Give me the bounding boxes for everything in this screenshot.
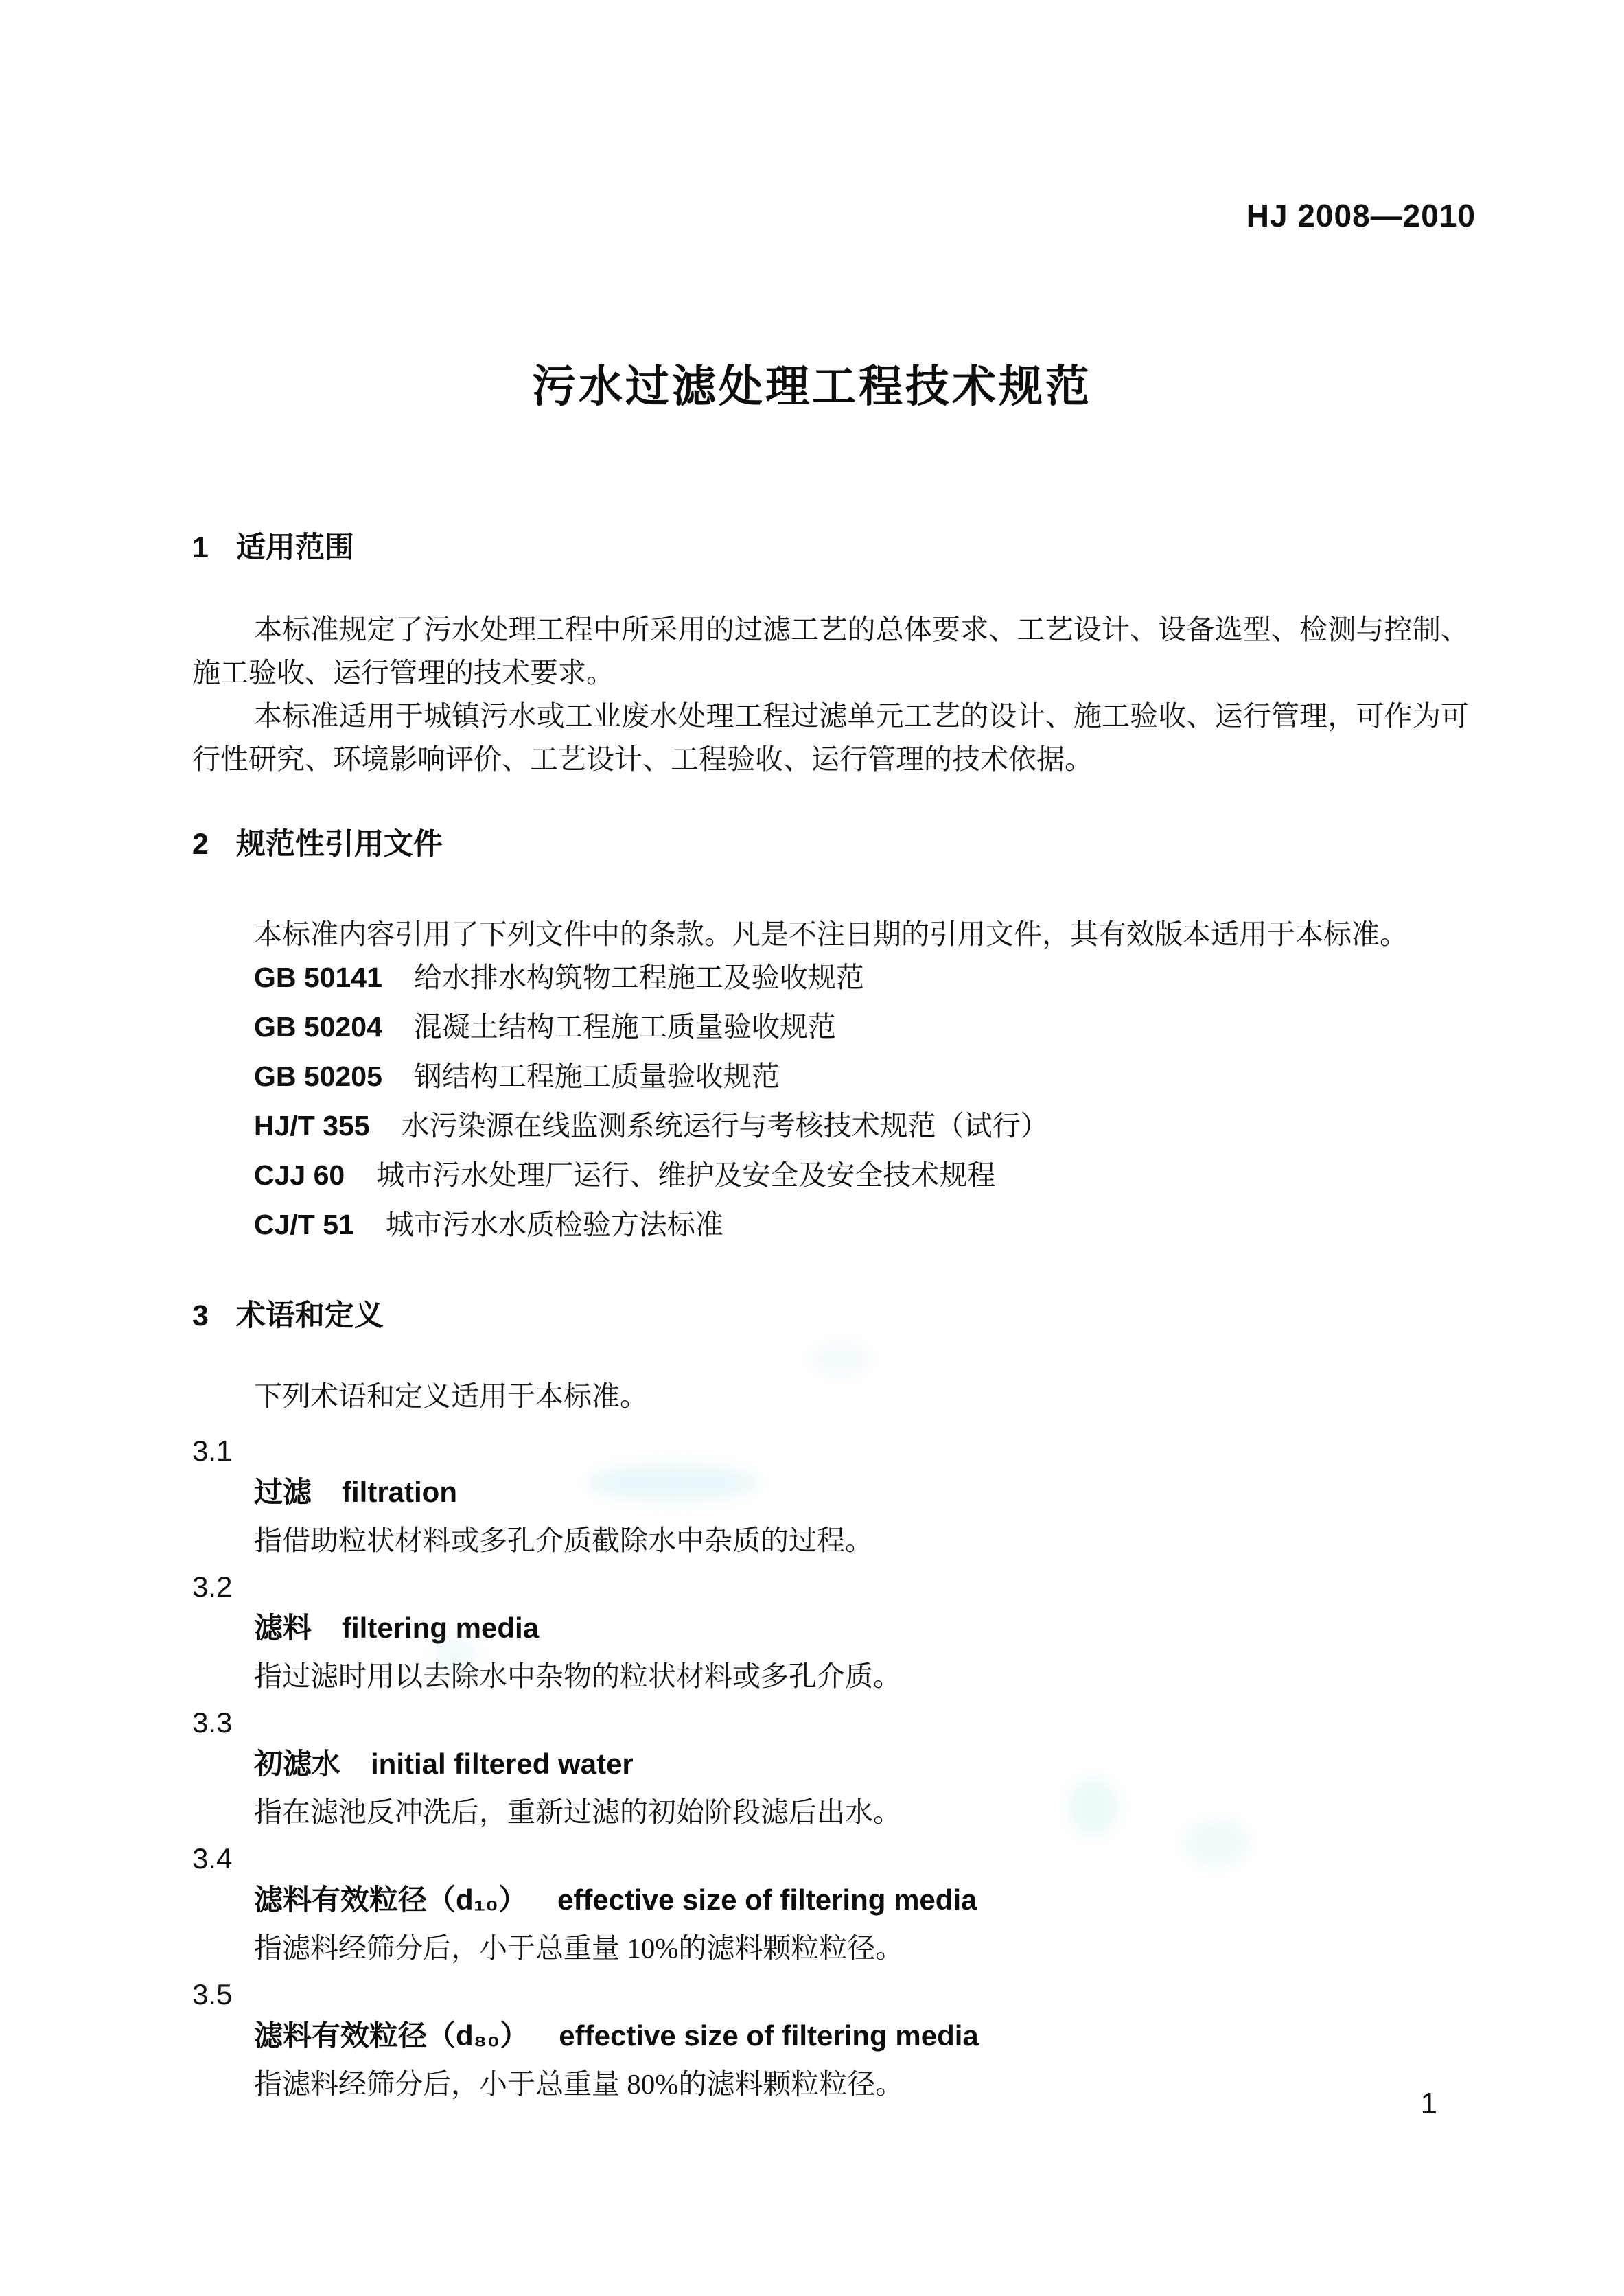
term-en: initial filtered water: [371, 1748, 634, 1780]
section-2-heading: 2规范性引用文件: [192, 825, 1469, 863]
doc-code: HJ 2008—2010: [1246, 197, 1476, 234]
term-zh: 过滤: [254, 1472, 312, 1513]
terms-intro: 下列术语和定义适用于本标准。: [192, 1375, 1469, 1418]
term-zh: 初滤水: [254, 1743, 340, 1785]
section-1-number: 1: [192, 529, 209, 567]
term-block: 3.2 滤料filtering media 指过滤时用以去除水中杂物的粒状材料或…: [192, 1566, 1469, 1697]
term-line: 过滤filtration: [254, 1472, 1469, 1520]
paragraph: 本标准规定了污水处理工程中所采用的过滤工艺的总体要求、工艺设计、设备选型、检测与…: [192, 608, 1469, 695]
document-page: HJ 2008—2010 污水过滤处理工程技术规范 1适用范围 本标准规定了污水…: [0, 0, 1624, 2296]
section-2-number: 2: [192, 825, 209, 863]
reference-item: GB 50204混凝土结构工程施工质量验收规范: [254, 1006, 1469, 1055]
term-block: 3.4 滤料有效粒径（d₁₀）effective size of filteri…: [192, 1838, 1469, 1969]
paragraph: 本标准适用于城镇污水或工业废水处理工程过滤单元工艺的设计、施工验收、运行管理，可…: [192, 695, 1469, 781]
reference-item: GB 50141给水排水构筑物工程施工及验收规范: [254, 956, 1469, 1006]
reference-title: 给水排水构筑物工程施工及验收规范: [414, 962, 864, 993]
reference-item: HJ/T 355水污染源在线监测系统运行与考核技术规范（试行）: [254, 1104, 1469, 1154]
term-en: effective size of filtering media: [557, 1883, 977, 1916]
term-zh: 滤料有效粒径（d₁₀）: [254, 1879, 527, 1921]
reference-item: CJJ 60城市污水处理厂运行、维护及安全及安全技术规程: [254, 1154, 1469, 1203]
term-block: 3.1 过滤filtration 指借助粒状材料或多孔介质截除水中杂质的过程。: [192, 1430, 1469, 1561]
term-definition: 指借助粒状材料或多孔介质截除水中杂质的过程。: [254, 1520, 1469, 1561]
term-en: filtering media: [342, 1612, 539, 1644]
reference-item: GB 50205钢结构工程施工质量验收规范: [254, 1055, 1469, 1104]
term-zh: 滤料有效粒径（d₈₀）: [254, 2015, 529, 2056]
terms-list: 3.1 过滤filtration 指借助粒状材料或多孔介质截除水中杂质的过程。 …: [192, 1430, 1469, 2104]
reference-title: 水污染源在线监测系统运行与考核技术规范（试行）: [402, 1110, 1049, 1141]
term-number: 3.5: [192, 1974, 1469, 2015]
section-3-heading: 3术语和定义: [192, 1297, 1469, 1335]
reference-item: CJ/T 51城市污水水质检验方法标准: [254, 1203, 1469, 1253]
term-line: 滤料有效粒径（d₈₀）effective size of filtering m…: [254, 2015, 1469, 2063]
term-en: effective size of filtering media: [559, 2019, 979, 2052]
reference-code: GB 50204: [254, 1006, 382, 1048]
term-definition: 指在滤池反冲洗后，重新过滤的初始阶段滤后出水。: [254, 1791, 1469, 1833]
reference-title: 城市污水处理厂运行、维护及安全及安全技术规程: [376, 1159, 995, 1191]
reference-title: 钢结构工程施工质量验收规范: [414, 1060, 780, 1092]
page-number: 1: [1421, 2087, 1437, 2121]
reference-code: GB 50205: [254, 1055, 382, 1098]
section-1-title: 适用范围: [236, 531, 354, 564]
term-number: 3.2: [192, 1566, 1469, 1608]
section-3-title: 术语和定义: [236, 1299, 384, 1332]
reference-code: HJ/T 355: [254, 1104, 370, 1147]
reference-code: CJ/T 51: [254, 1203, 354, 1246]
term-number: 3.3: [192, 1702, 1469, 1743]
term-definition: 指滤料经筛分后，小于总重量 80%的滤料颗粒粒径。: [254, 2063, 1469, 2104]
term-definition: 指滤料经筛分后，小于总重量 10%的滤料颗粒粒径。: [254, 1927, 1469, 1969]
reference-code: GB 50141: [254, 956, 382, 999]
document-title: 污水过滤处理工程技术规范: [0, 351, 1624, 415]
reference-list: GB 50141给水排水构筑物工程施工及验收规范 GB 50204混凝土结构工程…: [192, 956, 1469, 1253]
term-definition: 指过滤时用以去除水中杂物的粒状材料或多孔介质。: [254, 1656, 1469, 1697]
section-2-title: 规范性引用文件: [236, 828, 443, 861]
reference-title: 混凝土结构工程施工质量验收规范: [414, 1011, 836, 1043]
term-line: 滤料有效粒径（d₁₀）effective size of filtering m…: [254, 1879, 1469, 1927]
term-en: filtration: [342, 1476, 457, 1508]
reference-title: 城市污水水质检验方法标准: [386, 1209, 723, 1240]
term-number: 3.1: [192, 1430, 1469, 1472]
term-zh: 滤料: [254, 1608, 312, 1649]
references-intro: 本标准内容引用了下列文件中的条款。凡是不注日期的引用文件，其有效版本适用于本标准…: [192, 913, 1469, 956]
section-1-heading: 1适用范围: [192, 529, 1469, 567]
term-line: 滤料filtering media: [254, 1608, 1469, 1656]
term-block: 3.5 滤料有效粒径（d₈₀）effective size of filteri…: [192, 1974, 1469, 2104]
document-body: 1适用范围 本标准规定了污水处理工程中所采用的过滤工艺的总体要求、工艺设计、设备…: [192, 529, 1469, 2110]
reference-code: CJJ 60: [254, 1154, 345, 1196]
term-block: 3.3 初滤水initial filtered water 指在滤池反冲洗后，重…: [192, 1702, 1469, 1833]
section-3-number: 3: [192, 1297, 209, 1335]
term-number: 3.4: [192, 1838, 1469, 1879]
term-line: 初滤水initial filtered water: [254, 1743, 1469, 1791]
